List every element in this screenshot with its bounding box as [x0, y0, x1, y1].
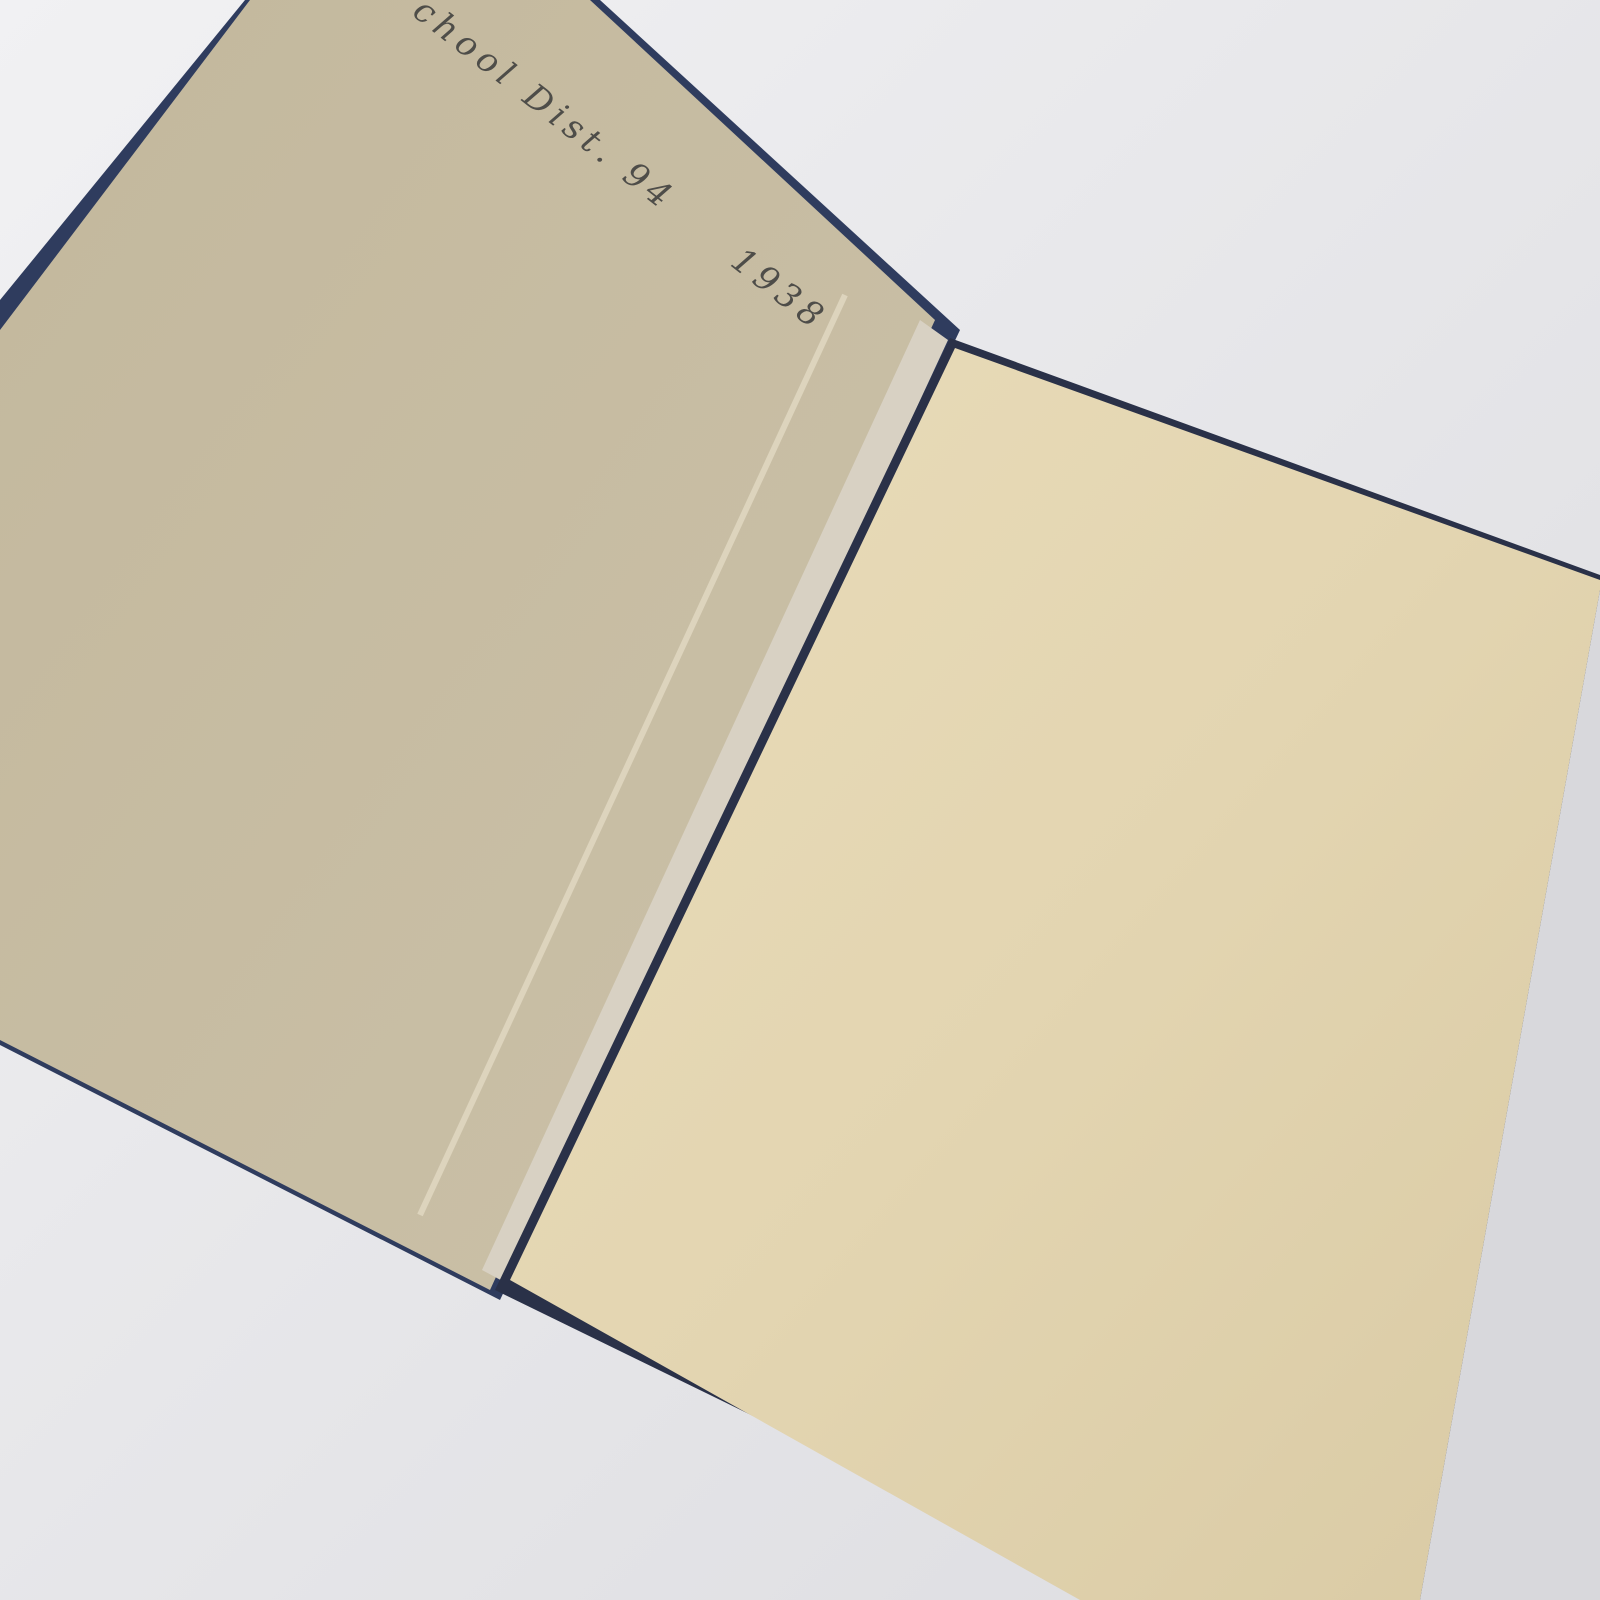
photo-scene: chool Dist. 94 1938 — [0, 0, 1600, 1600]
book-illustration — [0, 0, 1600, 1600]
